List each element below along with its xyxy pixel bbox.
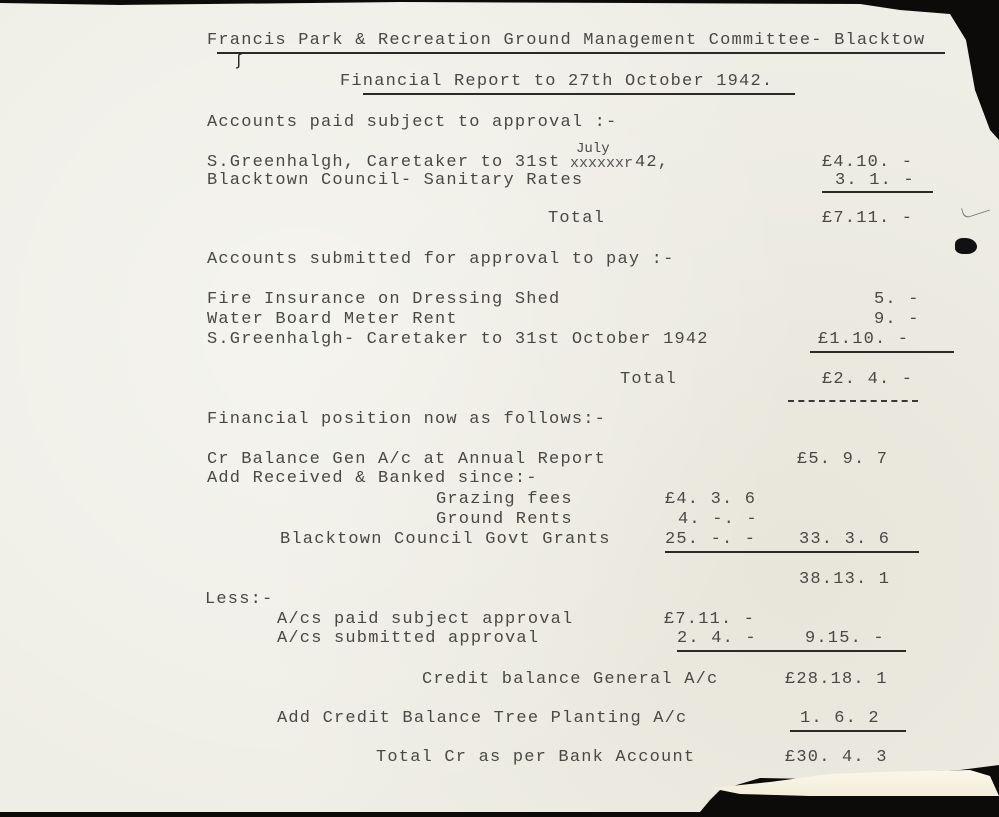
stray-mark-icon: ʃ (234, 52, 244, 70)
ink-blot (955, 238, 977, 254)
submitted-total-label: Total (620, 370, 677, 390)
paid-subtotal-line (822, 191, 933, 193)
credit-general-amount: £28.18. 1 (785, 670, 888, 690)
tree-planting-line (790, 730, 906, 732)
submitted-item-amount: 9. - (874, 310, 920, 330)
section-position-heading: Financial position now as follows:- (207, 410, 606, 430)
paid-item-amount: £4.10. - (822, 153, 913, 173)
check-mark-icon (961, 200, 990, 219)
opening-balance-label: Cr Balance Gen A/c at Annual Report (207, 450, 606, 470)
received-item-amount: 4. -. - (678, 510, 758, 530)
tree-planting-amount: 1. 6. 2 (800, 709, 880, 729)
opening-balance-amount: £5. 9. 7 (797, 450, 888, 470)
submitted-item-label: S.Greenhalgh- Caretaker to 31st October … (207, 330, 709, 350)
paid-total-amount: £7.11. - (822, 209, 913, 229)
less-label: Less:- (205, 590, 273, 610)
received-total-amount: 33. 3. 6 (799, 530, 890, 550)
submitted-total-dashed-line (788, 400, 918, 402)
bank-total-label: Total Cr as per Bank Account (376, 748, 695, 768)
committee-header: Francis Park & Recreation Ground Managem… (207, 31, 925, 51)
paid-item-suffix: 42, (635, 153, 669, 173)
received-item-label: Ground Rents (436, 510, 573, 530)
correction-struck: xxxxxxr (570, 155, 633, 172)
paid-item-label: S.Greenhalgh, Caretaker to 31st (207, 153, 560, 173)
section-paid-heading: Accounts paid subject to approval :- (207, 113, 617, 133)
submitted-item-amount: £1.10. - (818, 330, 909, 350)
less-total-amount: 9.15. - (805, 629, 885, 649)
tree-planting-label: Add Credit Balance Tree Planting A/c (277, 709, 687, 729)
less-item-amount: £7.11. - (664, 610, 755, 630)
less-item-label: A/cs submitted approval (277, 629, 539, 649)
received-item-amount: 25. -. - (665, 530, 756, 550)
section-submitted-heading: Accounts submitted for approval to pay :… (207, 250, 674, 270)
submitted-total-amount: £2. 4. - (822, 370, 913, 390)
report-title: Financial Report to 27th October 1942. (340, 72, 773, 92)
submitted-item-label: Fire Insurance on Dressing Shed (207, 290, 560, 310)
submitted-item-amount: 5. - (874, 290, 920, 310)
title-underline (363, 93, 795, 95)
subtotal-amount: 38.13. 1 (799, 570, 890, 590)
submitted-item-label: Water Board Meter Rent (207, 310, 458, 330)
header-underline (217, 52, 945, 54)
credit-general-label: Credit balance General A/c (422, 670, 718, 690)
paid-total-label: Total (548, 209, 605, 229)
bank-total-amount: £30. 4. 3 (785, 748, 888, 768)
received-label: Add Received & Banked since:- (207, 469, 538, 489)
received-item-label: Grazing fees (436, 490, 573, 510)
received-item-label: Blacktown Council Govt Grants (280, 530, 611, 550)
received-total-line (665, 551, 919, 553)
paper-sheet: Francis Park & Recreation Ground Managem… (0, 0, 999, 817)
less-item-label: A/cs paid subject approval (277, 610, 573, 630)
paid-item-label: Blacktown Council- Sanitary Rates (207, 171, 583, 191)
paid-item-amount: 3. 1. - (835, 171, 915, 191)
received-item-amount: £4. 3. 6 (665, 490, 756, 510)
less-item-amount: 2. 4. - (677, 629, 757, 649)
less-total-line (677, 650, 906, 652)
submitted-subtotal-line (810, 351, 954, 353)
